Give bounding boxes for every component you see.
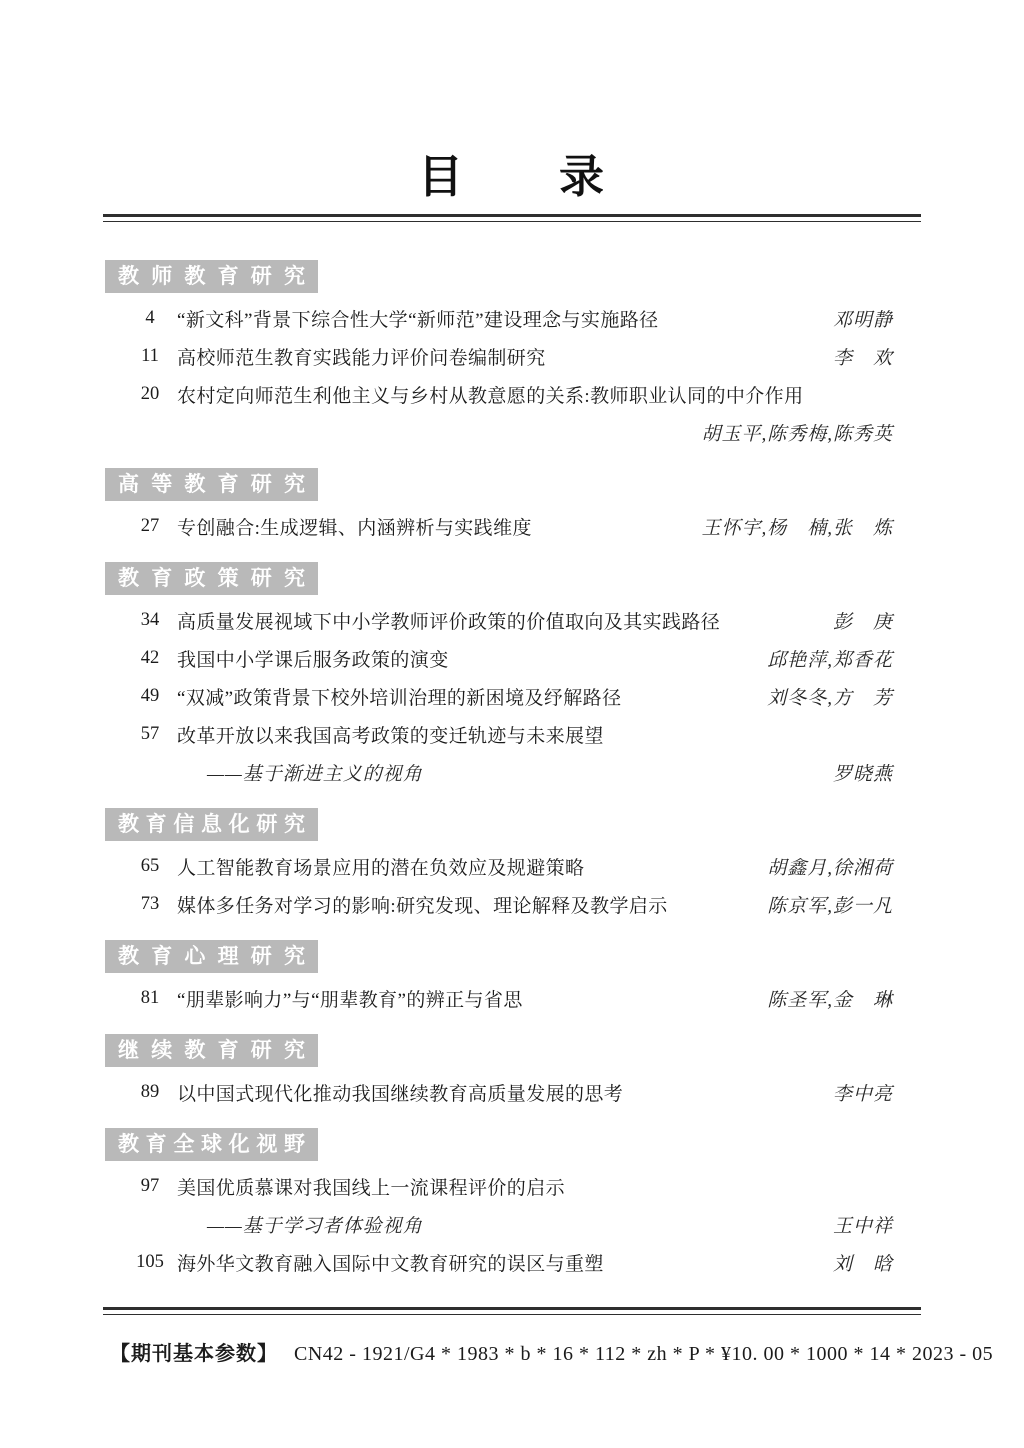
entry-page-number: 27 [132,516,168,537]
entry-page-number: 4 [132,308,168,329]
section-entries: 65 人工智能教育场景应用的潜在负效应及规避策略 胡鑫月,徐湘荷 73 媒体多任… [105,847,893,923]
section-entries: 34 高质量发展视域下中小学教师评价政策的价值取向及其实践路径 彭 庚 42 我… [105,601,893,791]
toc-entry: 97 美国优质慕课对我国线上一流课程评价的启示 [105,1167,893,1205]
section-label: 教育全球化视野 [118,1133,305,1156]
entry-title: 改革开放以来我国高考政策的变迁轨迹与未来展望 [177,721,893,748]
entry-authors: 王中祥 [833,1211,893,1238]
entry-page-number: 42 [132,648,168,669]
entry-authors: 李中亮 [833,1079,893,1106]
toc-section: 教育心理研究 81 “朋辈影响力”与“朋辈教育”的辨正与省思 陈圣军,金 琳 [105,940,893,1017]
journal-parameters-value: CN42 - 1921/G4 * 1983 * b * 16 * 112 * z… [294,1343,993,1365]
toc-section: 教育政策研究 34 高质量发展视域下中小学教师评价政策的价值取向及其实践路径 彭… [105,562,893,791]
toc-entry: 34 高质量发展视域下中小学教师评价政策的价值取向及其实践路径 彭 庚 [105,601,893,639]
entry-page-number: 34 [132,610,168,631]
toc-entry: 42 我国中小学课后服务政策的演变 邱艳萍,郑香花 [105,639,893,677]
toc-page: 目 录 教师教育研究 4 “新文科”背景下综合性大学“新师范”建设理念与实施路径… [0,0,1024,1448]
section-label: 继续教育研究 [118,1039,305,1062]
section-label: 教育信息化研究 [118,813,305,836]
section-entries: 27 专创融合:生成逻辑、内涵辨析与实践维度 王怀宇,杨 楠,张 炼 [105,507,893,545]
section-header: 高等教育研究 [105,468,318,501]
entry-page-number: 105 [132,1252,168,1273]
entry-authors: 胡玉平,陈秀梅,陈秀英 [701,419,893,446]
entry-authors: 王怀宇,杨 楠,张 炼 [701,513,893,540]
toc-entry: 57 改革开放以来我国高考政策的变迁轨迹与未来展望 [105,715,893,753]
entry-title: 人工智能教育场景应用的潜在负效应及规避策略 [177,853,767,880]
entry-page-number: 49 [132,686,168,707]
double-rule-bottom [103,1307,921,1315]
section-header: 教育政策研究 [105,562,318,595]
toc-entry-subtitle-row: ——基于学习者体验视角 王中祥 [105,1205,893,1243]
entry-authors: 胡鑫月,徐湘荷 [767,853,893,880]
entry-authors: 刘 晗 [833,1249,893,1276]
toc-entry: 20 农村定向师范生利他主义与乡村从教意愿的关系:教师职业认同的中介作用 [105,375,893,413]
section-header: 教育信息化研究 [105,808,318,841]
entry-title: 以中国式现代化推动我国继续教育高质量发展的思考 [177,1079,833,1106]
entry-authors: 陈京军,彭一凡 [767,891,893,918]
toc-section: 教师教育研究 4 “新文科”背景下综合性大学“新师范”建设理念与实施路径 邓明静… [105,260,893,451]
section-header: 教师教育研究 [105,260,318,293]
entry-title: 农村定向师范生利他主义与乡村从教意愿的关系:教师职业认同的中介作用 [177,381,893,408]
entry-title: 高质量发展视域下中小学教师评价政策的价值取向及其实践路径 [177,607,833,634]
entry-page-number: 11 [132,346,168,367]
entry-title: 海外华文教育融入国际中文教育研究的误区与重塑 [177,1249,833,1276]
entry-title: “新文科”背景下综合性大学“新师范”建设理念与实施路径 [177,305,833,332]
section-label: 高等教育研究 [118,473,305,496]
journal-parameters-label: 【期刊基本参数】 [110,1343,278,1365]
toc-entry: 73 媒体多任务对学习的影响:研究发现、理论解释及教学启示 陈京军,彭一凡 [105,885,893,923]
entry-authors: 邓明静 [833,305,893,332]
toc-section: 教育信息化研究 65 人工智能教育场景应用的潜在负效应及规避策略 胡鑫月,徐湘荷… [105,808,893,923]
entry-page-number: 81 [132,988,168,1009]
toc-entry: 27 专创融合:生成逻辑、内涵辨析与实践维度 王怀宇,杨 楠,张 炼 [105,507,893,545]
section-label: 教师教育研究 [118,265,305,288]
entry-subtitle: ——基于渐进主义的视角 [207,759,833,786]
toc-entry-authors-row: 胡玉平,陈秀梅,陈秀英 [105,413,893,451]
page-title: 目 录 [0,0,1024,204]
entry-authors: 刘冬冬,方 芳 [767,683,893,710]
section-header: 教育心理研究 [105,940,318,973]
toc-entry: 11 高校师范生教育实践能力评价问卷编制研究 李 欢 [105,337,893,375]
journal-parameters: 【期刊基本参数】CN42 - 1921/G4 * 1983 * b * 16 *… [110,1337,921,1366]
section-entries: 4 “新文科”背景下综合性大学“新师范”建设理念与实施路径 邓明静 11 高校师… [105,299,893,451]
entry-page-number: 57 [132,724,168,745]
entry-authors: 彭 庚 [833,607,893,634]
entry-page-number: 73 [132,894,168,915]
section-header: 继续教育研究 [105,1034,318,1067]
toc-body: 教师教育研究 4 “新文科”背景下综合性大学“新师范”建设理念与实施路径 邓明静… [105,260,893,1281]
section-entries: 89 以中国式现代化推动我国继续教育高质量发展的思考 李中亮 [105,1073,893,1111]
entry-title: “朋辈影响力”与“朋辈教育”的辨正与省思 [177,985,767,1012]
toc-section: 教育全球化视野 97 美国优质慕课对我国线上一流课程评价的启示 ——基于学习者体… [105,1128,893,1281]
section-header: 教育全球化视野 [105,1128,318,1161]
entry-page-number: 89 [132,1082,168,1103]
entry-title: 高校师范生教育实践能力评价问卷编制研究 [177,343,833,370]
toc-entry: 105 海外华文教育融入国际中文教育研究的误区与重塑 刘 晗 [105,1243,893,1281]
entry-authors: 李 欢 [833,343,893,370]
entry-title: 专创融合:生成逻辑、内涵辨析与实践维度 [177,513,701,540]
toc-section: 高等教育研究 27 专创融合:生成逻辑、内涵辨析与实践维度 王怀宇,杨 楠,张 … [105,468,893,545]
entry-authors: 陈圣军,金 琳 [767,985,893,1012]
toc-entry: 4 “新文科”背景下综合性大学“新师范”建设理念与实施路径 邓明静 [105,299,893,337]
entry-authors: 罗晓燕 [833,759,893,786]
entry-page-number: 65 [132,856,168,877]
entry-authors: 邱艳萍,郑香花 [767,645,893,672]
toc-entry: 81 “朋辈影响力”与“朋辈教育”的辨正与省思 陈圣军,金 琳 [105,979,893,1017]
entry-title: 我国中小学课后服务政策的演变 [177,645,767,672]
section-entries: 97 美国优质慕课对我国线上一流课程评价的启示 ——基于学习者体验视角 王中祥 … [105,1167,893,1281]
toc-entry: 49 “双减”政策背景下校外培训治理的新困境及纾解路径 刘冬冬,方 芳 [105,677,893,715]
entry-title: 美国优质慕课对我国线上一流课程评价的启示 [177,1173,893,1200]
section-entries: 81 “朋辈影响力”与“朋辈教育”的辨正与省思 陈圣军,金 琳 [105,979,893,1017]
entry-title: “双减”政策背景下校外培训治理的新困境及纾解路径 [177,683,767,710]
entry-title: 媒体多任务对学习的影响:研究发现、理论解释及教学启示 [177,891,767,918]
entry-subtitle: ——基于学习者体验视角 [207,1211,833,1238]
section-label: 教育心理研究 [118,945,305,968]
section-label: 教育政策研究 [118,567,305,590]
toc-entry: 65 人工智能教育场景应用的潜在负效应及规避策略 胡鑫月,徐湘荷 [105,847,893,885]
toc-section: 继续教育研究 89 以中国式现代化推动我国继续教育高质量发展的思考 李中亮 [105,1034,893,1111]
entry-page-number: 97 [132,1176,168,1197]
toc-entry: 89 以中国式现代化推动我国继续教育高质量发展的思考 李中亮 [105,1073,893,1111]
entry-page-number: 20 [132,384,168,405]
double-rule-top [103,214,921,222]
toc-entry-subtitle-row: ——基于渐进主义的视角 罗晓燕 [105,753,893,791]
